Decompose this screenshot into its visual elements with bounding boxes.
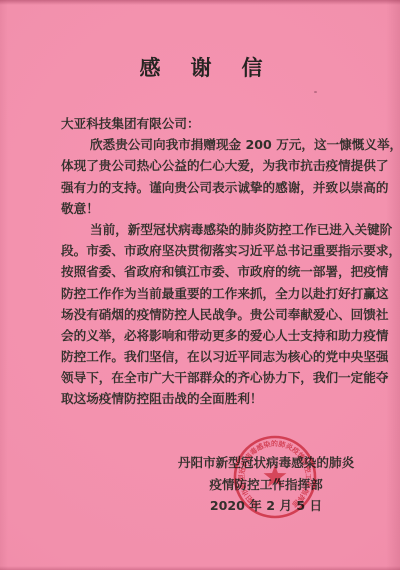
letter-paper: 感谢信 大亚科技集团有限公司： 欣悉贵公司向我市捐赠现金 200 万元，这一慷慨… <box>0 0 400 570</box>
body-line: 欣悉贵公司向我市捐赠现金 200 万元，这一慷慨义举， <box>61 134 348 155</box>
body-line: 当前，新型冠状病毒感染的肺炎防控工作已进入关键阶 <box>61 219 348 240</box>
body-line: 领导下，在全市广大干部群众的齐心协力下，我们一定能夺 <box>61 367 348 388</box>
body-line: 场没有硝烟的疫情防控人民战争。贵公司奉献爱心、回馈社 <box>61 304 348 325</box>
signature-org-line1: 丹阳市新型冠状病毒感染的肺炎 <box>116 452 400 474</box>
body-line: 防控工作。我们坚信，在以习近平同志为核心的党中央坚强 <box>61 346 348 367</box>
body-line: 体现了贵公司热心公益的仁心大爱，为我市抗击疫情提供了 <box>61 155 348 176</box>
letter-title: 感谢信 <box>0 52 400 82</box>
signature-date: 2020 年 2 月 5 日 <box>116 495 400 517</box>
body-line: 段。市委、市政府坚决贯彻落实习近平总书记重要指示要求， <box>61 240 348 261</box>
body-line: 敬意！ <box>61 198 348 219</box>
body-line: 防控工作作为当前最重要的工作来抓，全力以赴打好打赢这 <box>61 283 348 304</box>
body-line: 按照省委、省政府和镇江市委、市政府的统一部署，把疫情 <box>61 261 348 282</box>
salutation: 大亚科技集团有限公司： <box>61 113 348 134</box>
letter-body: 大亚科技集团有限公司： 欣悉贵公司向我市捐赠现金 200 万元，这一慷慨义举， … <box>61 113 348 410</box>
paper-speck <box>314 91 317 93</box>
signature-block: 丹阳市新型冠状病毒感染的肺炎 疫情防控工作指挥部 2020 年 2 月 5 日 <box>116 452 400 517</box>
body-line: 会的义举，必将影响和带动更多的爱心人士支持和助力疫情 <box>61 325 348 346</box>
body-line: 取这场疫情防控阻击战的全面胜利！ <box>61 388 348 409</box>
signature-org-line2: 疫情防控工作指挥部 <box>116 474 400 496</box>
body-line: 强有力的支持。谨向贵公司表示诚挚的感谢，并致以崇高的 <box>61 177 348 198</box>
